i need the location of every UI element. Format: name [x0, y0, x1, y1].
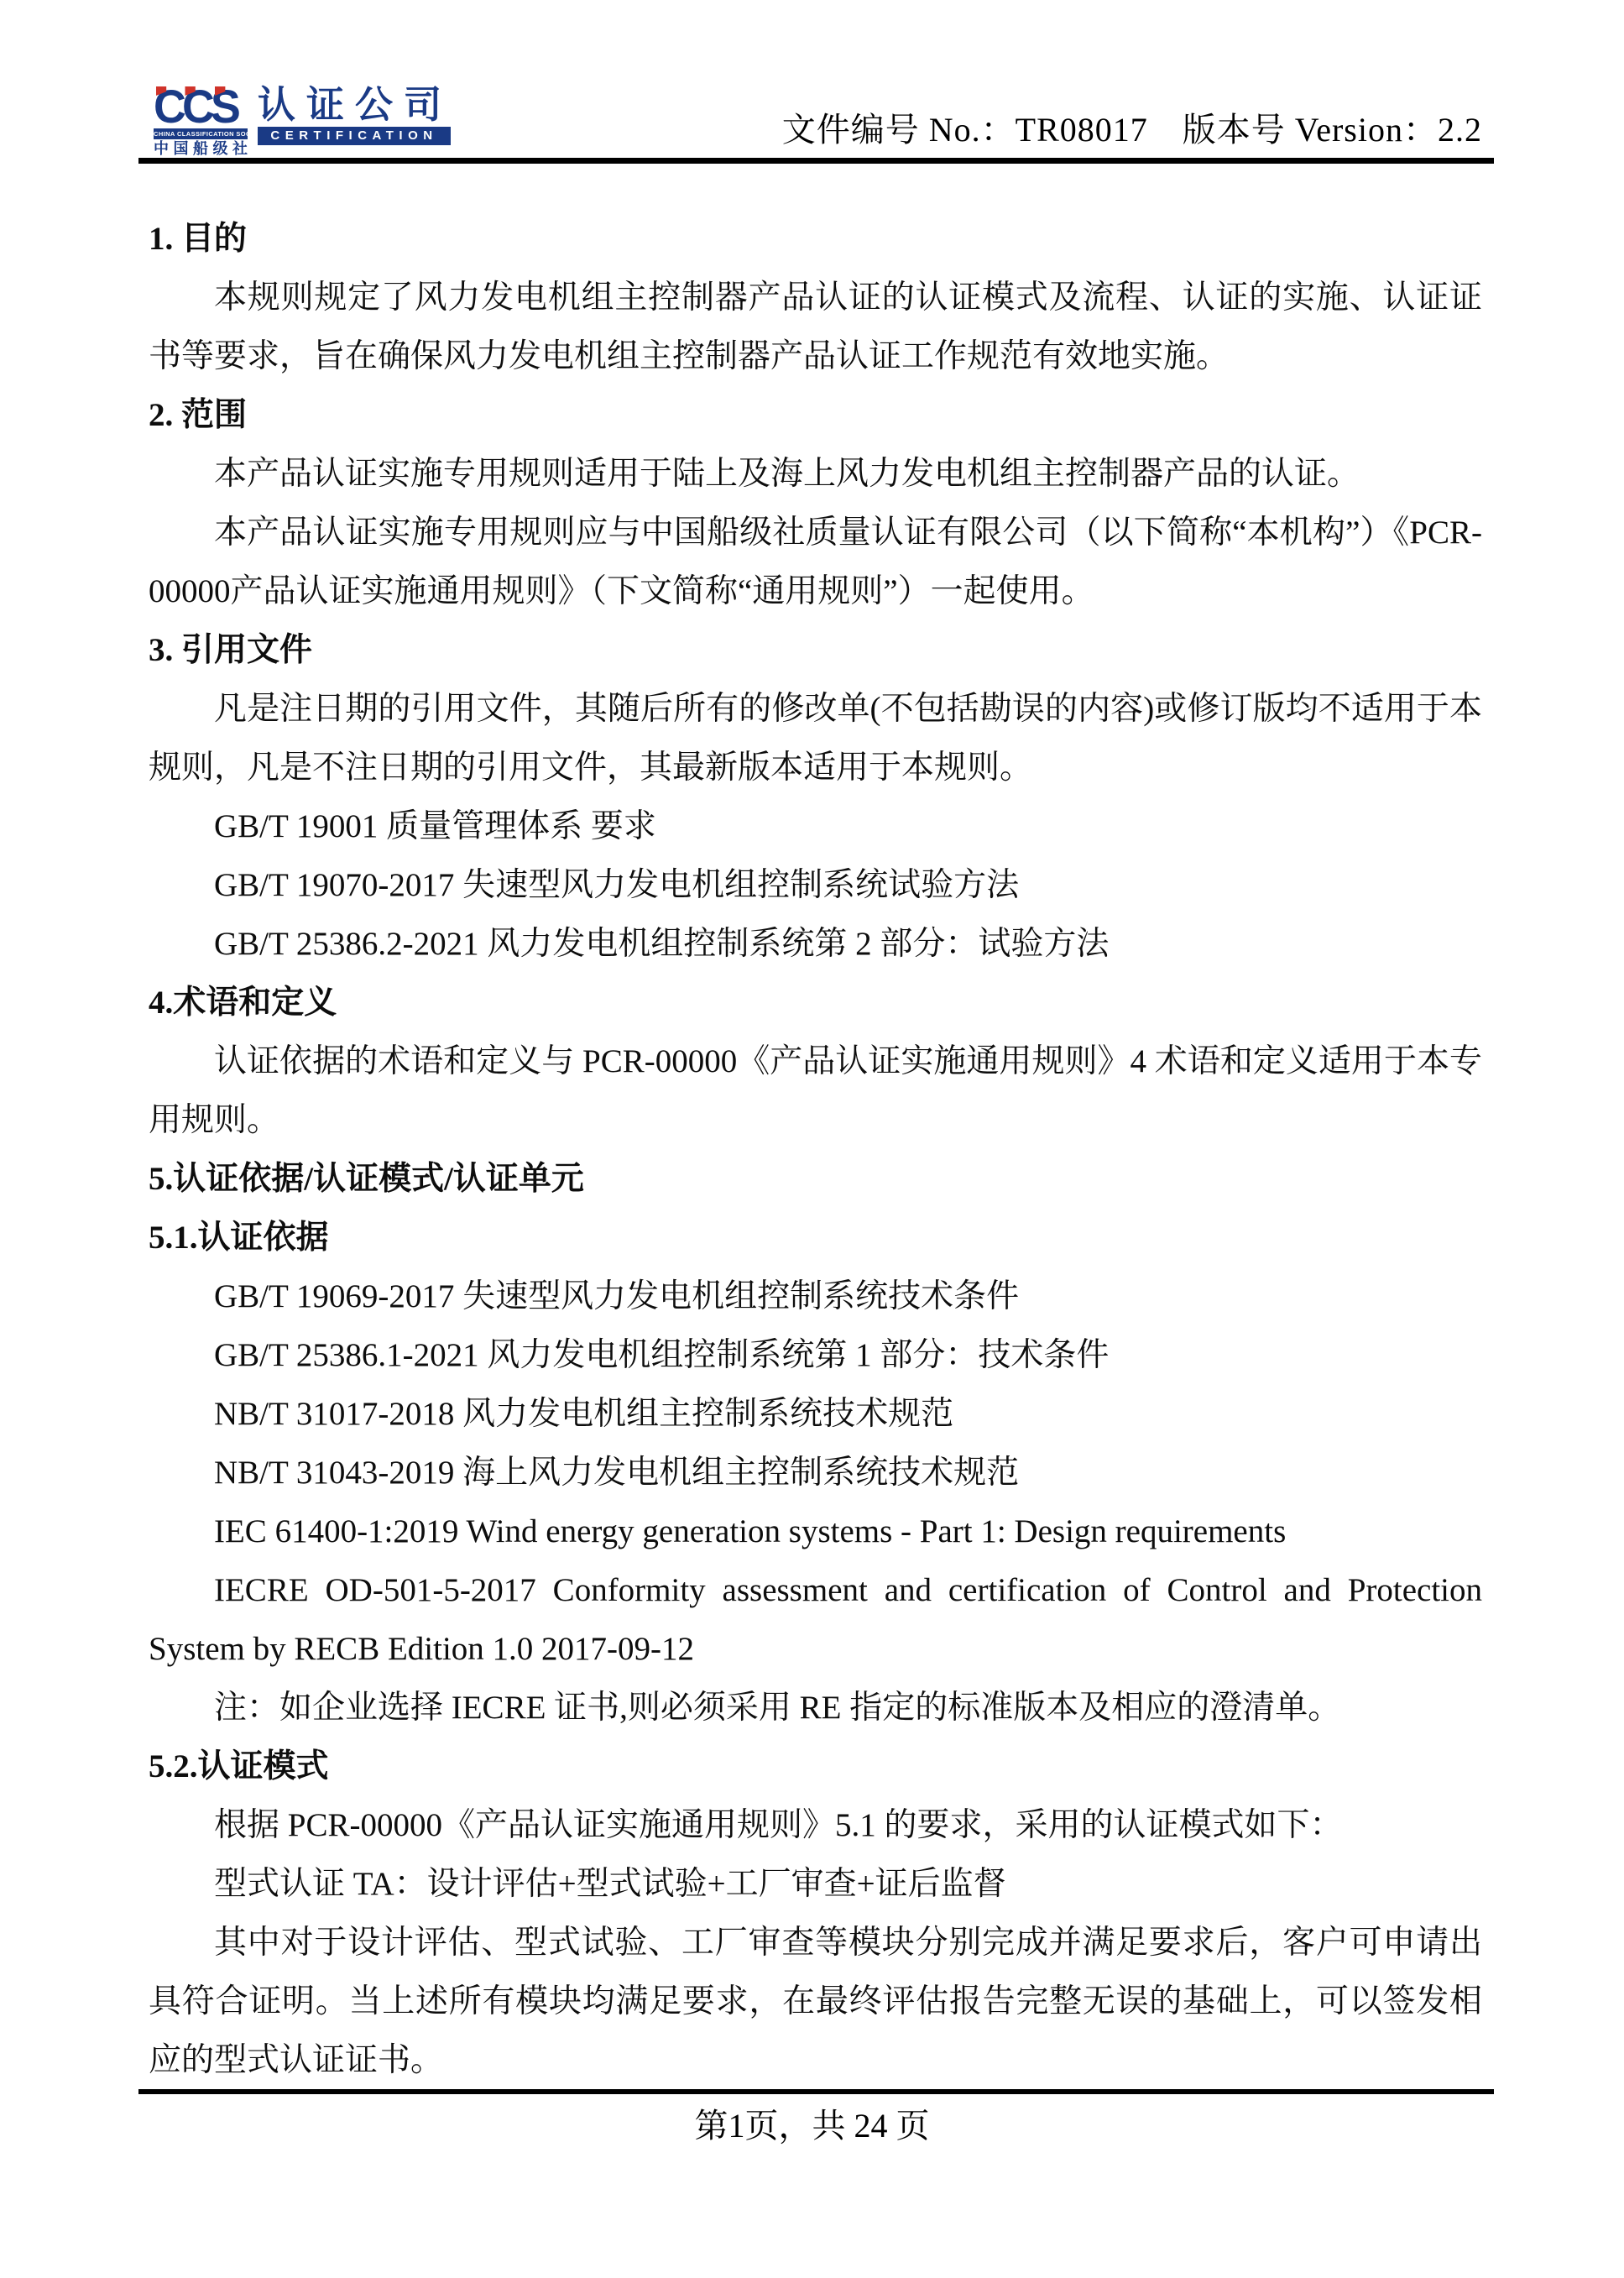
section-heading: 5.1.认证依据 [149, 1209, 1482, 1267]
doc-number-label: 文件编号 No.： [782, 111, 1016, 149]
paragraph: 型式认证 TA：设计评估+型式试验+工厂审查+证后监督 [149, 1855, 1482, 1914]
company-name-cn: 认证公司 [258, 86, 452, 124]
company-name-en: CERTIFICATION [258, 127, 451, 145]
paragraph: 注：如企业选择 IECRE 证书,则必须采用 RE 指定的标准版本及相应的澄清单… [149, 1679, 1482, 1737]
doc-info: 文件编号 No.：TR08017 版本号 Version：2.2 [782, 112, 1482, 149]
reference-line: NB/T 31043-2019 海上风力发电机组主控制系统技术规范 [214, 1444, 1482, 1502]
ccs-logo-mark: CCS CHINA CLASSIFICATION SOCIETY 中国船级社 [154, 86, 248, 156]
certification-logo-block: 认证公司 CERTIFICATION [258, 86, 452, 156]
reference-line: IEC 61400-1:2019 Wind energy generation … [214, 1502, 1482, 1561]
doc-info-separator [1148, 111, 1183, 149]
doc-number-value: TR08017 [1016, 111, 1148, 149]
paragraph: 认证依据的术语和定义与 PCR-00000《产品认证实施通用规则》4 术语和定义… [149, 1032, 1482, 1150]
doc-version-label: 版本号 Version： [1183, 111, 1438, 149]
section-heading: 5.2.认证模式 [149, 1737, 1482, 1796]
page-number: 第1页，共 24 页 [0, 2103, 1624, 2150]
reference-line: GB/T 19070-2017 失速型风力发电机组控制系统试验方法 [214, 856, 1482, 915]
paragraph: 本产品认证实施专用规则适用于陆上及海上风力发电机组主控制器产品的认证。 [149, 445, 1482, 504]
ccs-logo: CCS CHINA CLASSIFICATION SOCIETY 中国船级社 认… [154, 86, 452, 156]
section-heading: 5.认证依据/认证模式/认证单元 [149, 1150, 1482, 1209]
header-rule [138, 158, 1494, 164]
section-heading: 2. 范围 [149, 386, 1482, 445]
paragraph: 本规则规定了风力发电机组主控制器产品认证的认证模式及流程、认证的实施、认证证书等… [149, 269, 1482, 386]
society-name-cn: 中国船级社 [154, 141, 248, 156]
reference-line: NB/T 31017-2018 风力发电机组主控制系统技术规范 [214, 1385, 1482, 1444]
document-body: 1. 目的本规则规定了风力发电机组主控制器产品认证的认证模式及流程、认证的实施、… [149, 210, 1482, 2090]
section-heading: 3. 引用文件 [149, 621, 1482, 680]
section-heading: 4.术语和定义 [149, 974, 1482, 1032]
paragraph: 凡是注日期的引用文件，其随后所有的修改单(不包括勘误的内容)或修订版均不适用于本… [149, 680, 1482, 797]
doc-version-value: 2.2 [1438, 111, 1482, 149]
footer-rule [138, 2089, 1494, 2094]
reference-line: GB/T 25386.1-2021 风力发电机组控制系统第 1 部分：技术条件 [214, 1326, 1482, 1385]
document-page: CCS CHINA CLASSIFICATION SOCIETY 中国船级社 认… [0, 0, 1624, 2278]
paragraph: 其中对于设计评估、型式试验、工厂审查等模块分别完成并满足要求后，客户可申请出具符… [149, 1914, 1482, 2090]
reference-line: GB/T 25386.2-2021 风力发电机组控制系统第 2 部分：试验方法 [214, 915, 1482, 974]
section-heading: 1. 目的 [149, 210, 1482, 269]
reference-line: GB/T 19069-2017 失速型风力发电机组控制系统技术条件 [214, 1267, 1482, 1326]
reference-line: GB/T 19001 质量管理体系 要求 [214, 797, 1482, 856]
paragraph: 根据 PCR-00000《产品认证实施通用规则》5.1 的要求，采用的认证模式如… [149, 1796, 1482, 1855]
ccs-logo-text: CCS [154, 86, 244, 128]
paragraph: IECRE OD-501-5-2017 Conformity assessmen… [149, 1561, 1482, 1679]
paragraph: 本产品认证实施专用规则应与中国船级社质量认证有限公司（以下简称“本机构”）《PC… [149, 504, 1482, 621]
